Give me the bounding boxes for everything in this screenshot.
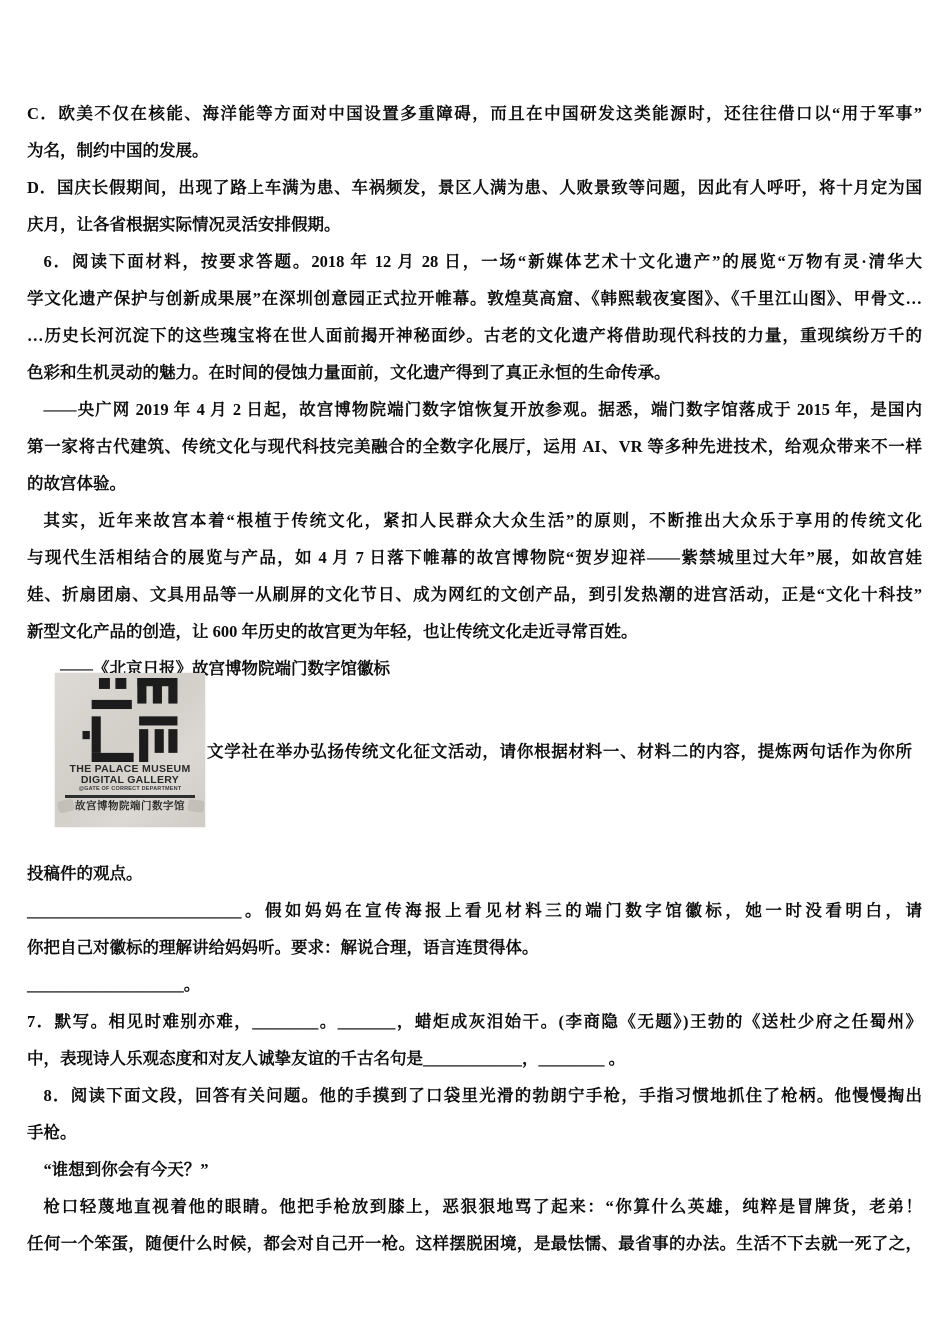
logo-english-line3: @GATE OF CORRECT DEPARTMENT xyxy=(55,786,205,793)
palace-museum-digital-gallery-logo: THE PALACE MUSEUM DIGITAL GALLERY @GATE … xyxy=(55,673,205,827)
logo-english-line2: DIGITAL GALLERY xyxy=(55,775,205,786)
text-line: 6．阅读下面材料，按要求答题。2018 年 12 月 28 日，一场“新媒体艺术… xyxy=(27,243,922,280)
text-line: ___________________。 xyxy=(27,966,922,1003)
text-line: 第一家将古代建筑、传统文化与现代科技完美融合的全数字化展厅，运用 AI、VR 等… xyxy=(27,428,922,465)
logo-divider xyxy=(65,795,195,798)
text-line: 娃、折扇团扇、文具用品等一从刷屏的文化节日、成为网红的文创产品，到引发热潮的进宫… xyxy=(27,576,922,613)
text-block-bottom: 投稿件的观点。__________________________。假如妈妈在宣… xyxy=(27,855,922,1262)
text-block-top: C．欧美不仅在核能、海洋能等方面对中国设置多重障碍，而且在中国研发这类能源时，还… xyxy=(27,95,922,687)
text-line: 枪口轻蔑地直视着他的眼睛。他把手枪放到膝上，恶狠狠地骂了起来：“你算什么英雄，纯… xyxy=(27,1188,922,1225)
text-line: 与现代生活相结合的展览与产品，如 4 月 7 日落下帷幕的故宫博物院“贺岁迎祥—… xyxy=(27,539,922,576)
text-line: 8．阅读下面文段，回答有关问题。他的手摸到了口袋里光滑的勃朗宁手枪，手指习惯地抓… xyxy=(27,1077,922,1114)
text-line: …历史长河沉淀下的这些瑰宝将在世人面前揭开神秘面纱。古老的文化遗产将借助现代科技… xyxy=(27,317,922,354)
text-line: 中，表现诗人乐观态度和对友人诚挚友谊的千古名句是____________，___… xyxy=(27,1040,922,1077)
exam-text-column: C．欧美不仅在核能、海洋能等方面对中国设置多重障碍，而且在中国研发这类能源时，还… xyxy=(27,95,922,1262)
scan-smudge-left xyxy=(57,798,75,813)
text-line: 新型文化产品的创造，让 600 年历史的故宫更为年轻，也让传统文化走近寻常百姓。 xyxy=(27,613,922,650)
text-line: __________________________。假如妈妈在宣传海报上看见材… xyxy=(27,892,922,929)
text-line: 的故宫体验。 xyxy=(27,465,922,502)
text-line: D．国庆长假期间，出现了路上车满为患、车祸频发，景区人满为患、人败景致等问题，因… xyxy=(27,169,922,206)
text-line: 手枪。 xyxy=(27,1114,922,1151)
text-line: 7．默写。相见时难别亦难，________。_______，蜡炬成灰泪始干。(李… xyxy=(27,1003,922,1040)
exam-page: C．欧美不仅在核能、海洋能等方面对中国设置多重障碍，而且在中国研发这类能源时，还… xyxy=(0,0,950,1344)
text-line: C．欧美不仅在核能、海洋能等方面对中国设置多重障碍，而且在中国研发这类能源时，还… xyxy=(27,95,922,132)
duanmen-character-logo-icon xyxy=(80,678,180,762)
text-line: 为名，制约中国的发展。 xyxy=(27,132,922,169)
scan-smudge-right xyxy=(187,799,205,813)
text-line: 投稿件的观点。 xyxy=(27,855,922,892)
text-line: “谁想到你会有今天？” xyxy=(27,1151,922,1188)
text-line: 其实，近年来故宫本着“根植于传统文化，紧扣人民群众大众生活”的原则，不断推出大众… xyxy=(27,502,922,539)
logo-chinese-line: 故宫博物院端门数字馆 xyxy=(55,800,205,813)
text-line: 庆月，让各省根据实际情况灵活安排假期。 xyxy=(27,206,922,243)
logo-row: THE PALACE MUSEUM DIGITAL GALLERY @GATE … xyxy=(27,687,922,855)
text-line: 你把自己对徽标的理解讲给妈妈听。要求：解说合理，语言连贯得体。 xyxy=(27,929,922,966)
text-line: 色彩和生机灵动的魅力。在时间的侵蚀力量面前，文化遗产得到了真正永恒的生命传承。 xyxy=(27,354,922,391)
text-line: ——央广网 2019 年 4 月 2 日起，故宫博物院端门数字馆恢复开放参观。据… xyxy=(27,391,922,428)
logo-side-text: 文学社在举办弘扬传统文化征文活动，请你根据材料一、材料二的内容，提炼两句话作为你… xyxy=(207,739,912,765)
text-line: 学文化遗产保护与创新成果展”在深圳创意园正式拉开帷幕。敦煌莫高窟、《韩熙载夜宴图… xyxy=(27,280,922,317)
text-line: 任何一个笨蛋，随便什么时候，都会对自己开一枪。这样摆脱困境，是最怯懦、最省事的办… xyxy=(27,1225,922,1262)
